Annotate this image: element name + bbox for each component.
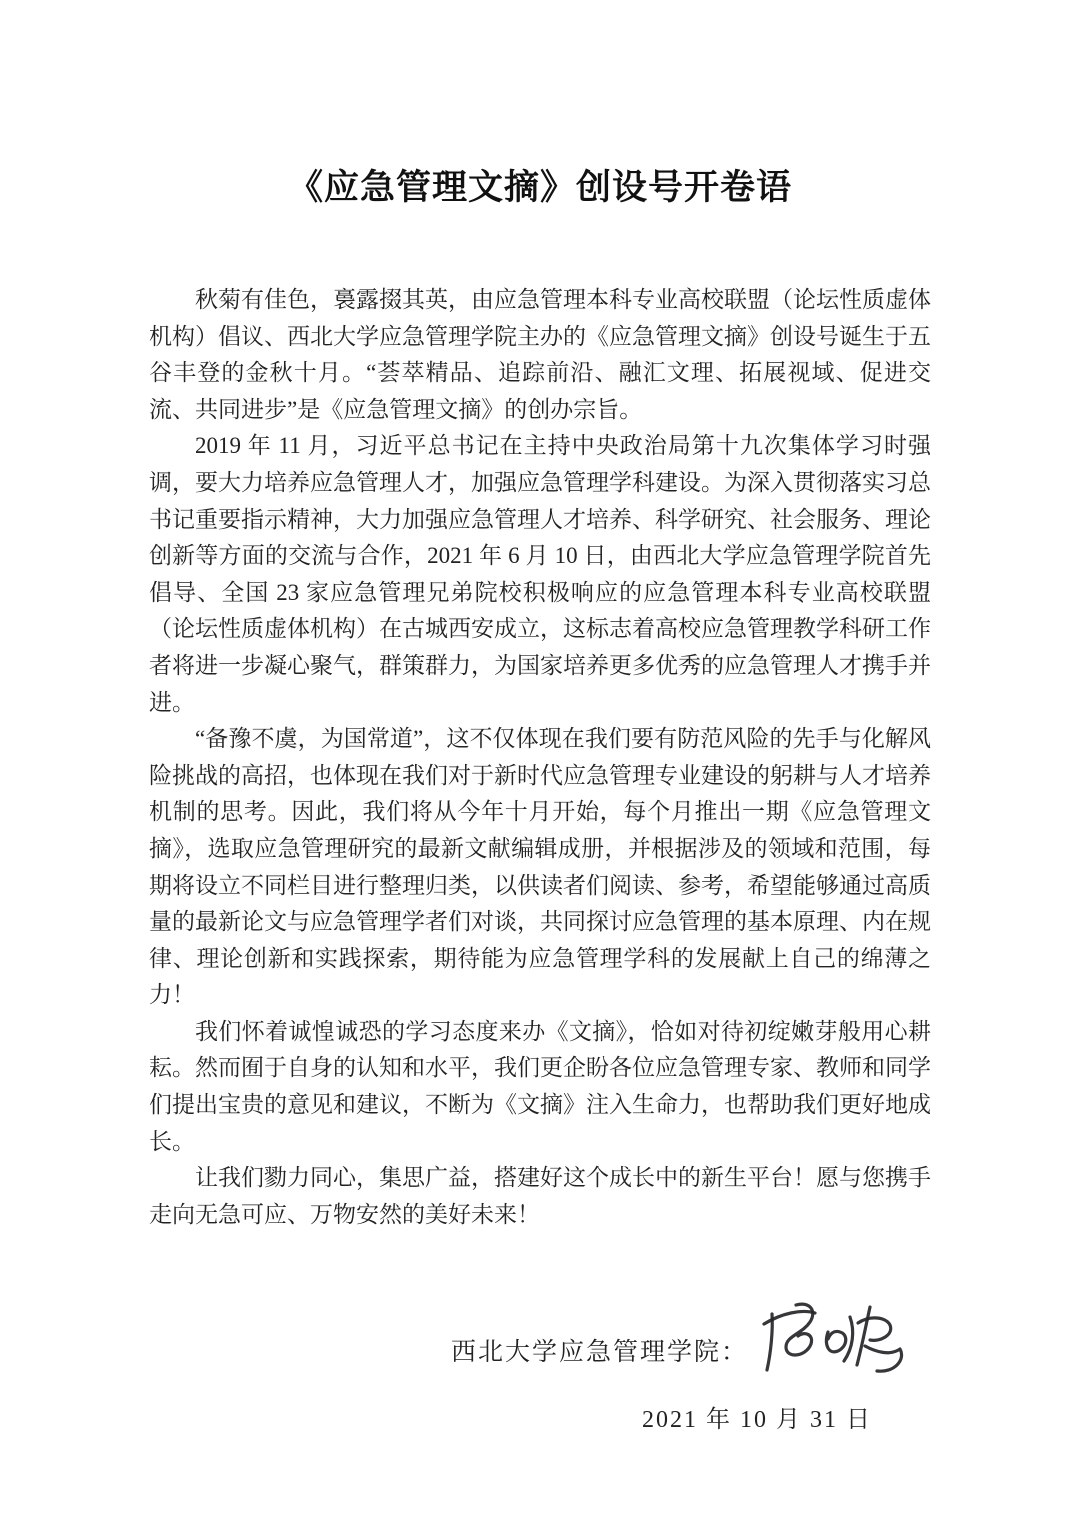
paragraph-closing: 让我们勠力同心，集思广益，搭建好这个成长中的新生平台！愿与您携手走向无急可应、万…	[149, 1160, 931, 1233]
signature-row: 西北大学应急管理学院：	[451, 1297, 908, 1389]
signature-date: 2021 年 10 月 31 日	[642, 1399, 872, 1434]
handwritten-signature	[758, 1297, 908, 1389]
document-page: 《应急管理文摘》创设号开卷语 秋菊有佳色，裛露掇其英，由应急管理本科专业高校联盟…	[0, 0, 1080, 1527]
signing-organization-label: 西北大学应急管理学院：	[451, 1335, 748, 1371]
paragraph-opening: 秋菊有佳色，裛露掇其英，由应急管理本科专业高校联盟（论坛性质虚体机构）倡议、西北…	[149, 282, 931, 428]
signature-block: 西北大学应急管理学院： 2021 年 10 月 31 日	[0, 1297, 1080, 1434]
paragraph-humility: 我们怀着诚惶诚恐的学习态度来办《文摘》，恰如对待初绽嫩芽般用心耕耘。然而囿于自身…	[149, 1014, 931, 1160]
paragraph-background: 2019 年 11 月，习近平总书记在主持中央政治局第十九次集体学习时强调，要大…	[149, 428, 931, 721]
document-body: 秋菊有佳色，裛露掇其英，由应急管理本科专业高校联盟（论坛性质虚体机构）倡议、西北…	[149, 282, 931, 1233]
page-title: 《应急管理文摘》创设号开卷语	[0, 0, 1080, 210]
paragraph-mission: “备豫不虞，为国常道”，这不仅体现在我们要有防范风险的先手与化解风险挑战的高招，…	[149, 721, 931, 1014]
